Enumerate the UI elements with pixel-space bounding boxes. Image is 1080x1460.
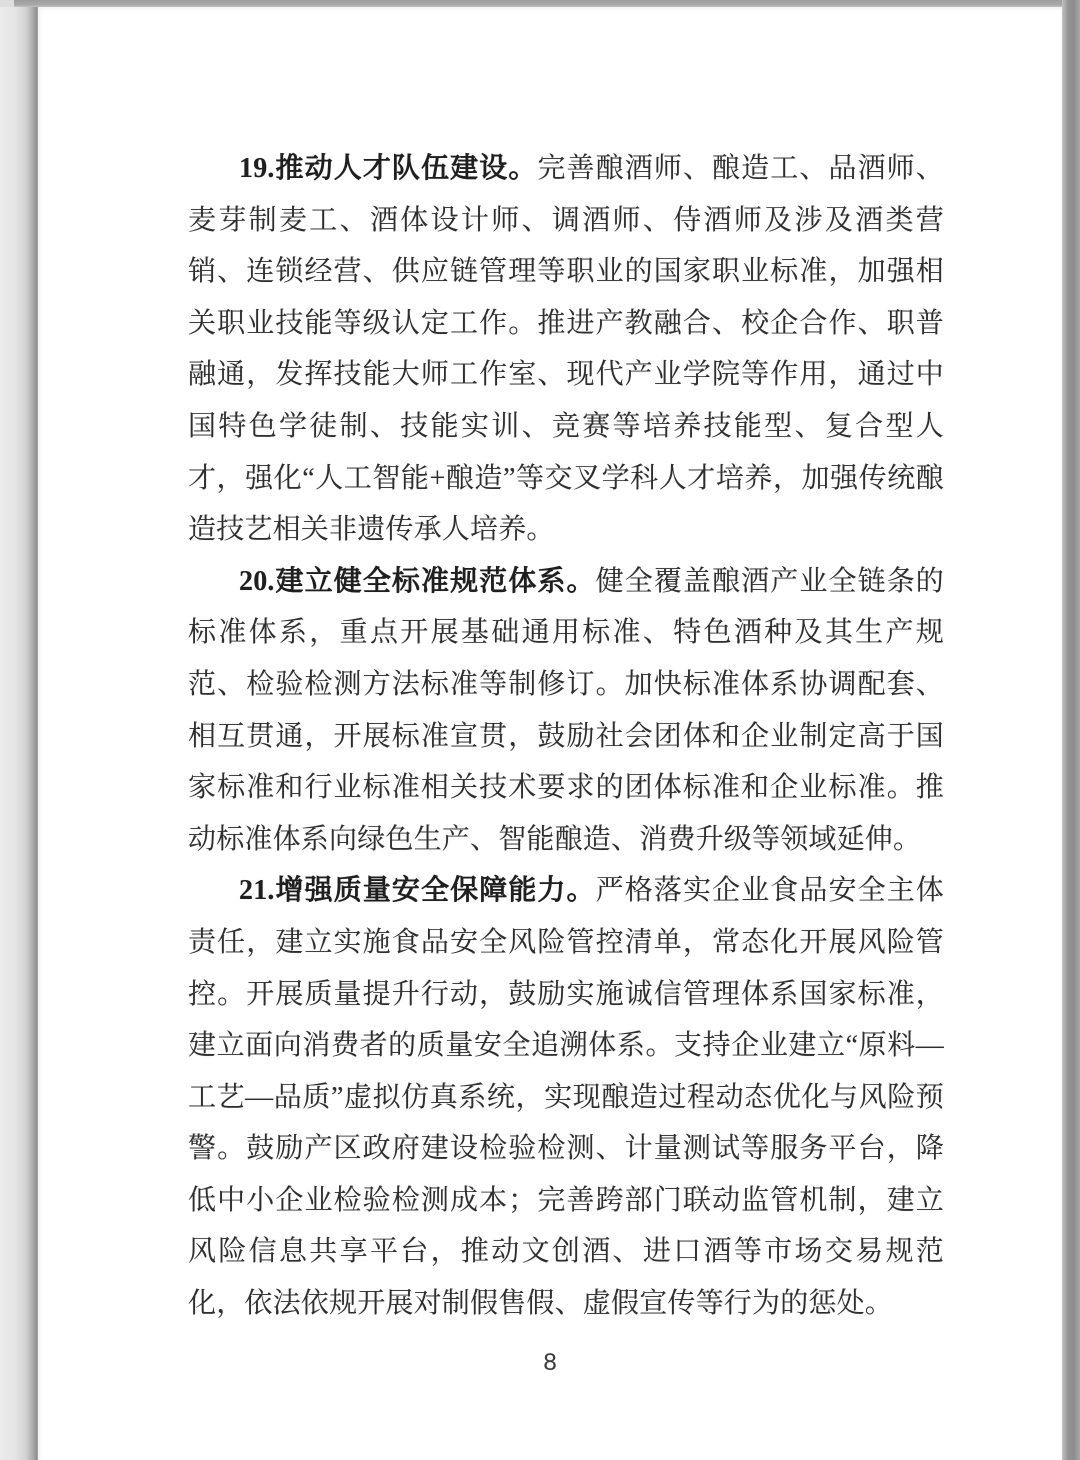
document-body: 19.推动人才队伍建设。完善酿酒师、酿造工、品酒师、麦芽制麦工、酒体设计师、调酒… — [188, 143, 944, 1330]
scanned-document-page: 19.推动人才队伍建设。完善酿酒师、酿造工、品酒师、麦芽制麦工、酒体设计师、调酒… — [0, 0, 1080, 1460]
scan-edge-top-corner — [0, 0, 14, 7]
paragraph: 21.增强质量安全保障能力。严格落实企业食品安全主体责任，建立实施食品安全风险管… — [188, 865, 944, 1329]
paragraph-text: 严格落实企业食品安全主体责任，建立实施食品安全风险管控清单，常态化开展风险管控。… — [188, 875, 944, 1319]
paragraph: 20.建立健全标准规范体系。健全覆盖酿酒产业全链条的标准体系，重点开展基础通用标… — [188, 556, 944, 866]
scan-edge-top — [14, 0, 1080, 7]
paragraph-text: 健全覆盖酿酒产业全链条的标准体系，重点开展基础通用标准、特色酒种及其生产规范、检… — [188, 566, 944, 855]
paragraph-heading: 21.增强质量安全保障能力。 — [239, 875, 596, 906]
scan-edge-right — [1062, 0, 1080, 1460]
scan-edge-left — [0, 0, 38, 1460]
paragraph-heading: 19.推动人才队伍建设。 — [239, 153, 537, 184]
paragraph-text: 完善酿酒师、酿造工、品酒师、麦芽制麦工、酒体设计师、调酒师、侍酒师及涉及酒类营销… — [188, 153, 944, 545]
paragraph: 19.推动人才队伍建设。完善酿酒师、酿造工、品酒师、麦芽制麦工、酒体设计师、调酒… — [188, 143, 944, 556]
paragraph-heading: 20.建立健全标准规范体系。 — [239, 566, 596, 597]
page-number: 8 — [38, 1348, 1062, 1378]
